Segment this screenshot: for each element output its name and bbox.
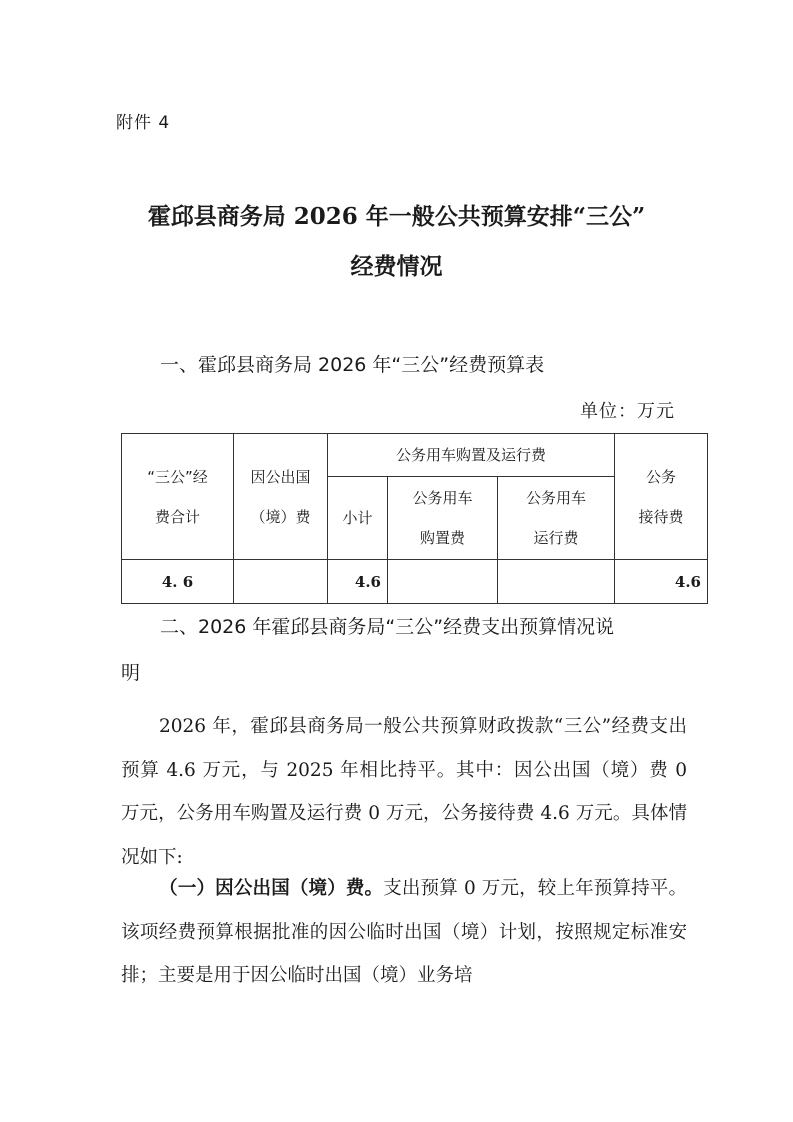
cell-purchase [388, 560, 498, 604]
cell-total: 4. 6 [122, 560, 234, 604]
section1-heading: 一、霍邱县商务局 2026 年“三公”经费预算表 [160, 350, 544, 377]
header-reception: 公务 接待费 [615, 434, 708, 560]
header-purchase: 公务用车 购置费 [388, 477, 498, 560]
paragraph-summary: 2026 年，霍邱县商务局一般公共预算财政拨款“三公”经费支出预算 4.6 万元… [121, 705, 687, 879]
attachment-label: 附件 4 [116, 108, 170, 133]
section2-heading-line1: 二、2026 年霍邱县商务局“三公”经费支出预算情况说 [160, 612, 614, 639]
cell-reception: 4.6 [615, 560, 708, 604]
section2-heading-line2: 明 [121, 658, 140, 685]
header-subtotal: 小计 [328, 477, 388, 560]
unit-label: 单位：万元 [580, 397, 675, 423]
cell-abroad [234, 560, 328, 604]
header-abroad: 因公出国 （境）费 [234, 434, 328, 560]
paragraph-abroad: （一）因公出国（境）费。支出预算 0 万元，较上年预算持平。该项经费预算根据批准… [121, 867, 687, 998]
cell-operation [498, 560, 615, 604]
paragraph-abroad-title: （一）因公出国（境）费。 [159, 878, 383, 899]
document-title-line2: 经费情况 [0, 248, 793, 281]
header-operation: 公务用车 运行费 [498, 477, 615, 560]
budget-table: “三公”经 费合计 因公出国 （境）费 公务用车购置及运行费 公务 接待费 小计… [121, 433, 708, 604]
header-vehicle-group: 公务用车购置及运行费 [328, 434, 615, 477]
document-title-line1: 霍邱县商务局 2026 年一般公共预算安排“三公” [0, 198, 793, 231]
header-total: “三公”经 费合计 [122, 434, 234, 560]
cell-subtotal: 4.6 [328, 560, 388, 604]
table-row: 4. 6 4.6 4.6 [122, 560, 708, 604]
